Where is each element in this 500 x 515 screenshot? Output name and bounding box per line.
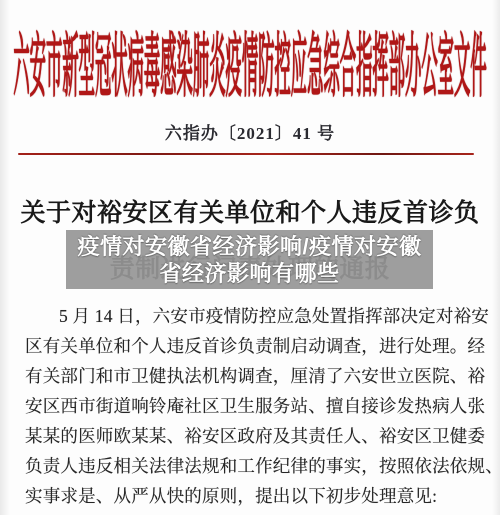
body-line: 有关部门和市卫健执法机构调查，厘清了六安世立医院、裕 <box>25 361 475 391</box>
red-divider-rule <box>18 153 474 155</box>
body-line: 某某的医师欧某某、裕安区政府及其责任人、裕安区卫健委 <box>25 421 475 451</box>
body-line: 实事求是、从严从快的原则，提出以下初步处理意见: <box>25 481 475 511</box>
caption-overlay-line-2: 省经济影响有哪些 <box>159 260 339 287</box>
caption-overlay-line-1: 疫情对安徽省经济影响/疫情对安徽 <box>77 233 421 260</box>
red-header-banner: 六安市新型冠状病毒感染肺炎疫情防控应急综合指挥部办公室文件 <box>0 18 500 102</box>
caption-overlay-box: 疫情对安徽省经济影响/疫情对安徽 省经济影响有哪些 <box>66 230 433 289</box>
agency-banner-title: 六安市新型冠状病毒感染肺炎疫情防控应急综合指挥部办公室文件 <box>13 10 486 110</box>
scanned-document-page: { "doc": { "banner": "六安市新型冠状病毒感染肺炎疫情防控应… <box>0 0 500 515</box>
document-title-line-1: 关于对裕安区有关单位和个人违反首诊负 <box>0 193 500 229</box>
document-number: 六指办〔2021〕41 号 <box>0 119 500 144</box>
body-line: 安区西市街道响铃庵社区卫生服务站、擅自接诊发热病人张 <box>25 391 475 421</box>
body-line: 区有关单位和个人违反首诊负责制启动调查，进行处理。经 <box>25 331 475 361</box>
body-line: 负责人违反相关法律法规和工作纪律的事实，按照依法依规、 <box>25 451 475 481</box>
body-paragraph: 5 月 14 日，六安市疫情防控应急处置指挥部决定对裕安区有关单位和个人违反首诊… <box>25 301 475 511</box>
body-line: 5 月 14 日，六安市疫情防控应急处置指挥部决定对裕安 <box>25 301 475 331</box>
